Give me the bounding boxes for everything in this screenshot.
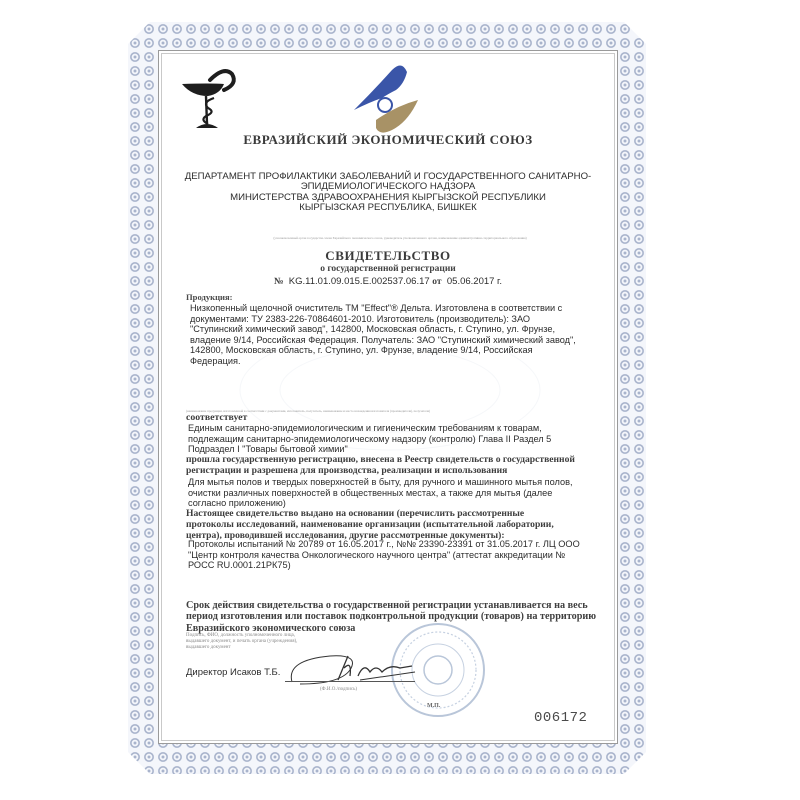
product-line: 142800, Московская область, г. Ступино, … <box>190 345 620 356</box>
authority-caption: (уполномоченный орган государства-члена … <box>190 236 610 240</box>
product-line: Федерация. <box>190 356 620 367</box>
product-line: "Ступинский химический завод", 142800, М… <box>190 324 620 335</box>
basis-line: РОСС RU.0001.21РК75) <box>188 560 618 571</box>
number-sign: № <box>274 277 284 287</box>
signature-line-label: (Ф.И.О./подпись) <box>320 687 357 692</box>
registration-statement: прошла государственную регистрацию, внес… <box>186 455 618 477</box>
basis-heading: Настоящее свидетельство выдано на основа… <box>186 509 618 541</box>
basis-line: "Центр контроля качества Онкологического… <box>188 550 618 561</box>
certificate-date: 05.06.2017 г. <box>447 276 502 287</box>
serial-number: 006172 <box>534 710 587 726</box>
signature-line <box>285 681 415 682</box>
compliance-text: Единым санитарно-эпидемиологическим и ги… <box>188 423 618 455</box>
department-line: КЫРГЫЗСКАЯ РЕСПУБЛИКА, БИШКЕК <box>160 203 616 213</box>
compliance-line: Единым санитарно-эпидемиологическим и ги… <box>188 423 618 434</box>
caduceus-bowl-of-hygieia-icon <box>180 62 240 134</box>
date-prefix: от <box>432 277 441 287</box>
product-line: Низкопенный щелочной очиститель ТМ "Effe… <box>190 303 620 314</box>
registration-line: регистрации и разрешена для производства… <box>186 466 618 477</box>
department-heading: ДЕПАРТАМЕНТ ПРОФИЛАКТИКИ ЗАБОЛЕВАНИЙ И Г… <box>160 172 616 214</box>
usage-line: Для мытья полов и твердых поверхностей в… <box>188 477 618 488</box>
compliance-line: подлежащим санитарно-эпидемиологическому… <box>188 434 618 445</box>
basis-text: Протоколы испытаний № 20789 от 16.05.201… <box>188 539 618 571</box>
product-line: документами: ТУ 2383-226-70864601-2010. … <box>190 314 620 325</box>
basis-line: Протоколы испытаний № 20789 от 16.05.201… <box>188 539 618 550</box>
certificate-title: СВИДЕТЕЛЬСТВО <box>158 248 618 264</box>
union-title: ЕВРАЗИЙСКИЙ ЭКОНОМИЧЕСКИЙ СОЮЗ <box>158 132 618 148</box>
certificate-subtitle: о государственной регистрации <box>158 264 618 274</box>
basis-heading-line: протоколы исследований, наименование орг… <box>186 520 618 531</box>
signature-caption: Подпись, ФИО, должность уполномоченного … <box>186 633 346 652</box>
product-line: владение 9/14, Российская Федерация. Пол… <box>190 335 620 346</box>
usage-line: очистки различных поверхностей в обществ… <box>188 488 618 499</box>
certificate-number: KG.11.01.09.015.E.002537.06.17 <box>289 276 430 287</box>
usage-text: Для мытья полов и твердых поверхностей в… <box>188 477 618 509</box>
product-label: Продукция: <box>186 292 233 302</box>
stamp-place-label: М.П. <box>427 703 440 709</box>
product-description: Низкопенный щелочной очиститель ТМ "Effe… <box>190 303 620 367</box>
validity-line: Срок действия свидетельства о государств… <box>186 600 616 611</box>
handwritten-signature <box>290 650 420 690</box>
certificate-number-line: № KG.11.01.09.015.E.002537.06.17 от 05.0… <box>158 276 618 287</box>
signer-name: Директор Исаков Т.Б. <box>186 667 280 678</box>
